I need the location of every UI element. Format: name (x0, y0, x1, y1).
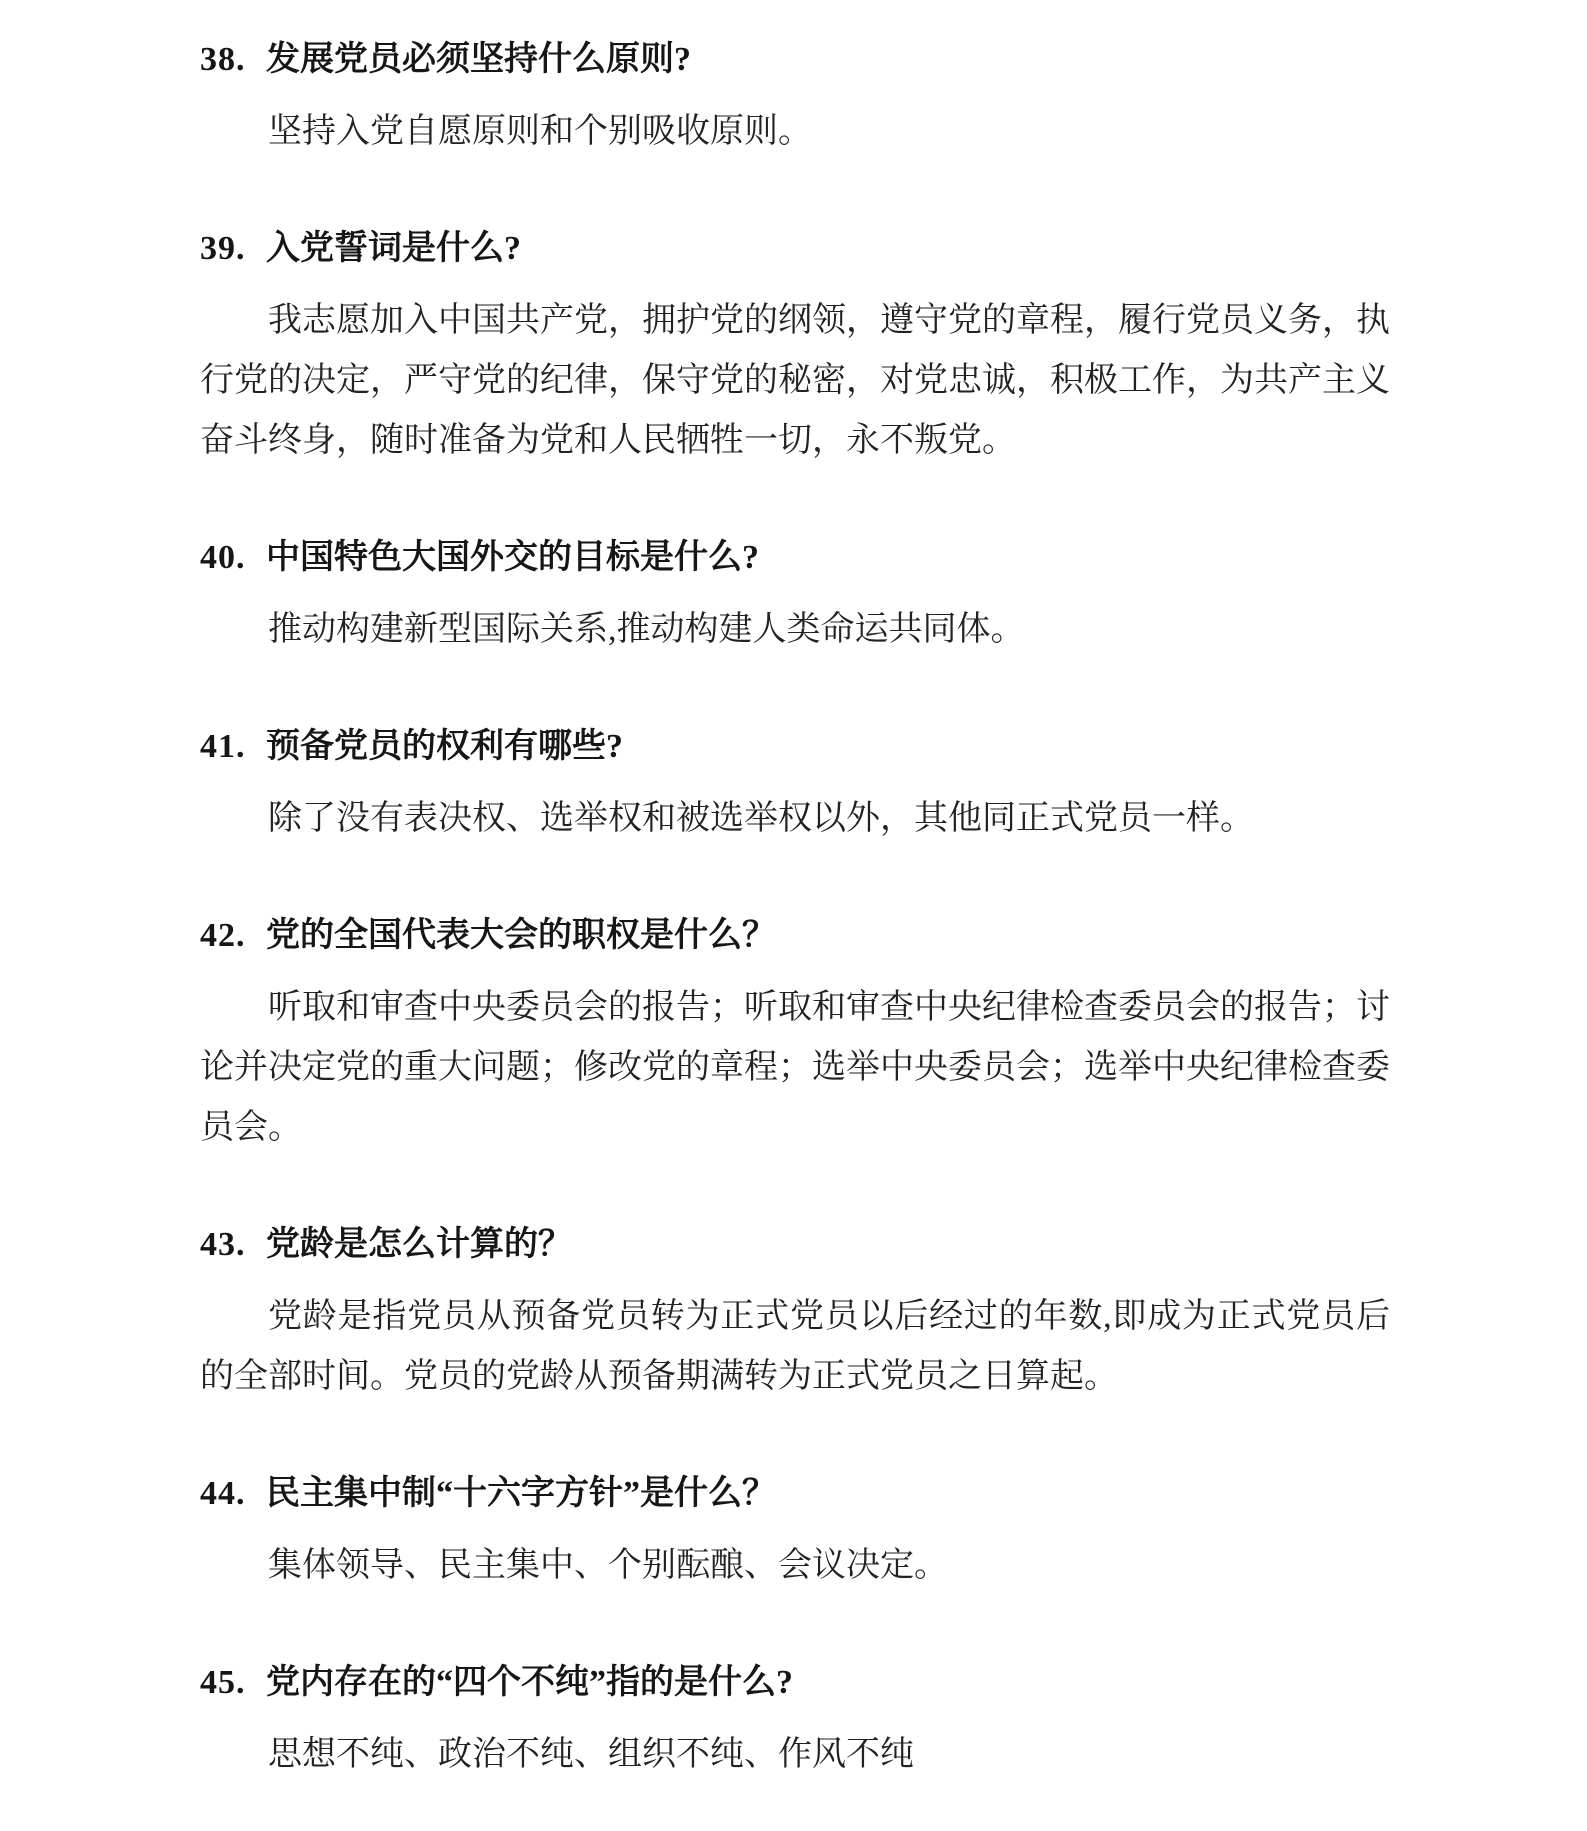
answer-text: 坚持入党自愿原则和个别吸收原则。 (200, 102, 1390, 162)
answer-text: 集体领导、民主集中、个别酝酿、会议决定。 (200, 1536, 1390, 1596)
answer-text: 我志愿加入中国共产党，拥护党的纲领，遵守党的章程，履行党员义务，执行党的决定，严… (200, 291, 1390, 471)
question-heading: 43. 党龄是怎么计算的？ (200, 1215, 1390, 1275)
question-number: 45. (200, 1664, 246, 1701)
answer-text: 党龄是指党员从预备党员转为正式党员以后经过的年数,即成为正式党员后的全部时间。党… (200, 1287, 1390, 1407)
qa-item: 45. 党内存在的“四个不纯”指的是什么? 思想不纯、政治不纯、组织不纯、作风不… (200, 1653, 1390, 1785)
question-text: 党的全国代表大会的职权是什么？ (266, 917, 776, 954)
question-heading: 38. 发展党员必须坚持什么原则? (200, 30, 1390, 90)
qa-item: 43. 党龄是怎么计算的？ 党龄是指党员从预备党员转为正式党员以后经过的年数,即… (200, 1215, 1390, 1407)
question-number: 40. (200, 539, 246, 576)
qa-item: 44. 民主集中制“十六字方针”是什么？ 集体领导、民主集中、个别酝酿、会议决定… (200, 1464, 1390, 1596)
question-heading: 44. 民主集中制“十六字方针”是什么？ (200, 1464, 1390, 1524)
question-text: 党龄是怎么计算的？ (266, 1226, 572, 1263)
qa-item: 41. 预备党员的权利有哪些? 除了没有表决权、选举权和被选举权以外，其他同正式… (200, 717, 1390, 849)
question-text: 党内存在的“四个不纯”指的是什么? (266, 1664, 793, 1701)
question-number: 38. (200, 41, 246, 78)
question-number: 43. (200, 1226, 246, 1263)
qa-item: 40. 中国特色大国外交的目标是什么? 推动构建新型国际关系,推动构建人类命运共… (200, 528, 1390, 660)
qa-item: 39. 入党誓词是什么? 我志愿加入中国共产党，拥护党的纲领，遵守党的章程，履行… (200, 219, 1390, 471)
qa-item: 38. 发展党员必须坚持什么原则? 坚持入党自愿原则和个别吸收原则。 (200, 30, 1390, 162)
question-number: 41. (200, 728, 246, 765)
question-number: 39. (200, 230, 246, 267)
question-number: 42. (200, 917, 246, 954)
question-text: 中国特色大国外交的目标是什么? (266, 539, 759, 576)
qa-list: 38. 发展党员必须坚持什么原则? 坚持入党自愿原则和个别吸收原则。 39. 入… (200, 30, 1390, 1785)
answer-text: 除了没有表决权、选举权和被选举权以外，其他同正式党员一样。 (200, 789, 1390, 849)
question-text: 预备党员的权利有哪些? (266, 728, 623, 765)
document-page: 38. 发展党员必须坚持什么原则? 坚持入党自愿原则和个别吸收原则。 39. 入… (200, 0, 1390, 1785)
question-heading: 41. 预备党员的权利有哪些? (200, 717, 1390, 777)
qa-item: 42. 党的全国代表大会的职权是什么？ 听取和审查中央委员会的报告；听取和审查中… (200, 906, 1390, 1158)
question-heading: 45. 党内存在的“四个不纯”指的是什么? (200, 1653, 1390, 1713)
answer-text: 推动构建新型国际关系,推动构建人类命运共同体。 (200, 600, 1390, 660)
question-text: 入党誓词是什么? (266, 230, 521, 267)
question-text: 发展党员必须坚持什么原则? (266, 41, 691, 78)
question-heading: 42. 党的全国代表大会的职权是什么？ (200, 906, 1390, 966)
question-heading: 40. 中国特色大国外交的目标是什么? (200, 528, 1390, 588)
answer-text: 听取和审查中央委员会的报告；听取和审查中央纪律检查委员会的报告；讨论并决定党的重… (200, 978, 1390, 1158)
answer-text: 思想不纯、政治不纯、组织不纯、作风不纯 (200, 1725, 1390, 1785)
question-text: 民主集中制“十六字方针”是什么？ (266, 1475, 776, 1512)
question-heading: 39. 入党誓词是什么? (200, 219, 1390, 279)
question-number: 44. (200, 1475, 246, 1512)
